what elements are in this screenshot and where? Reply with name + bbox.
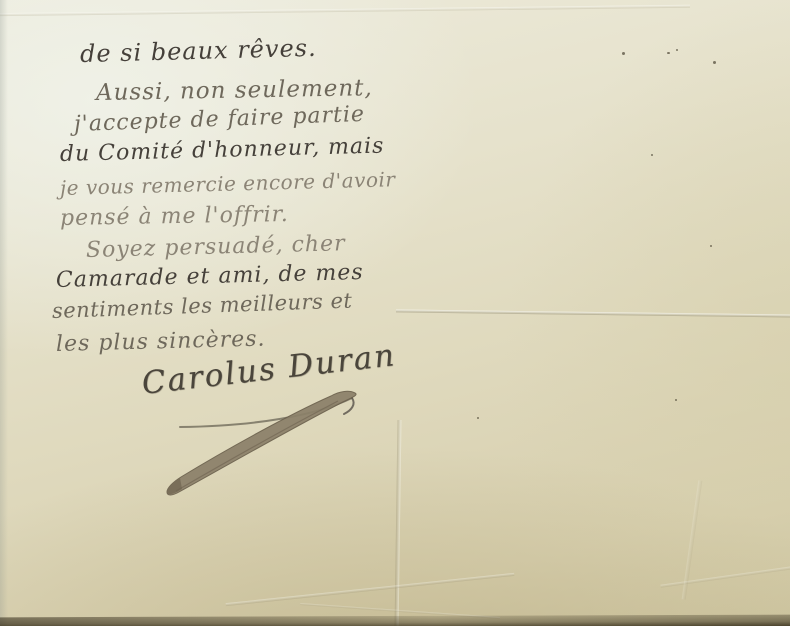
letter-photograph: de si beaux rêves. Aussi, non seulement,… [0, 0, 790, 626]
handwritten-line-6: pensé à me l'offrir. [60, 202, 289, 231]
handwritten-line-4: du Comité d'honneur, mais [60, 134, 385, 167]
photo-edge-shadow-left [0, 0, 8, 626]
handwritten-line-1: de si beaux rêves. [80, 34, 317, 68]
handwritten-line-5: je vous remercie encore d'avoir [60, 167, 396, 200]
handwritten-line-8: Camarade et ami, de mes [56, 260, 364, 293]
handwritten-line-3: j'accepte de faire partie [74, 102, 366, 137]
photo-edge-shadow-bottom [0, 615, 790, 626]
foxing-speck [675, 399, 677, 401]
foxing-speck [651, 154, 653, 156]
paper-wrinkle [660, 565, 790, 587]
foxing-speck [477, 417, 479, 419]
fold-crease-horizontal [396, 309, 790, 317]
handwritten-line-7: Soyez persuadé, cher [86, 231, 346, 263]
foxing-speck [713, 61, 716, 64]
foxing-speck [667, 52, 670, 54]
foxing-speck [622, 52, 625, 55]
foxing-speck [710, 245, 712, 247]
fold-crease-top [0, 5, 690, 17]
paper-wrinkle [226, 573, 515, 606]
handwritten-line-10: les plus sincères. [56, 327, 266, 357]
handwritten-line-9: sentiments les meilleurs et [52, 289, 353, 323]
handwritten-line-2: Aussi, non seulement, [96, 75, 373, 106]
paper-wrinkle [682, 480, 703, 599]
foxing-speck [676, 49, 678, 51]
fold-crease-vertical [395, 420, 402, 626]
